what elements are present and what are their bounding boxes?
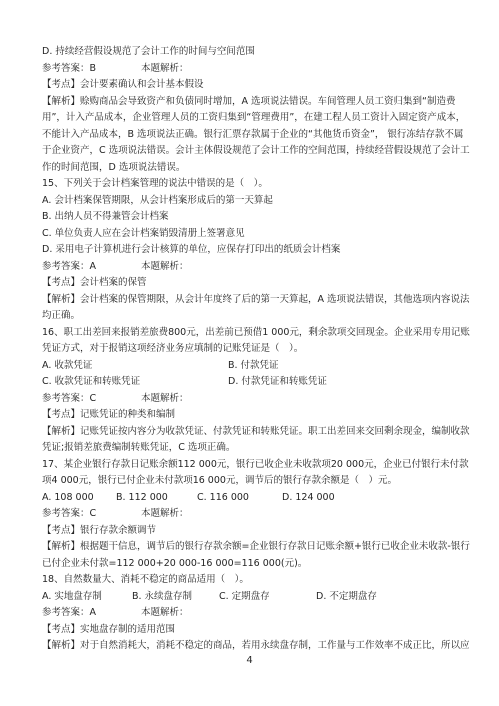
q16-jiexi: 【解析】记账凭证按内容分为收款凭证、付款凭证和转账凭证。职工出差回来交回剩余现金… — [42, 424, 472, 457]
question-18: 18、自然数量大、消耗不稳定的商品适用（ ）。A. 实地盘存制B. 永续盘存制C… — [42, 572, 472, 655]
q15-option-d: D. 采用电子计算机进行会计核算的单位，应保存打印出的纸质会计档案 — [42, 242, 472, 259]
q15-jiexi: 【解析】会计档案的保管期限，从会计年度终了后的第一天算起，A 选项说法错误，其他… — [42, 292, 472, 325]
q15-answer-row: 参考答案：A本题解析： — [42, 259, 472, 276]
option-a: A. 实地盘存制 — [42, 589, 132, 606]
question-15: 15、下列关于会计档案管理的说法中错误的是（ ）。A. 会计档案保管期限，从会计… — [42, 176, 472, 325]
q17-stem: 17、某企业银行存款日记账余额112 000元，银行已收企业未收款项20 000… — [42, 457, 472, 490]
analysis-label: 本题解析： — [141, 391, 189, 408]
q17-options: A. 108 000B. 112 000C. 116 000D. 124 000 — [42, 490, 472, 507]
q14-option-d: D. 持续经营假设规范了会计工作的时间与空间范围 — [42, 44, 472, 61]
q18-kaodian: 【考点】实地盘存制的适用范围 — [42, 622, 472, 639]
option-a: A. 108 000 — [42, 490, 116, 507]
page-number: 4 — [0, 655, 499, 666]
answer-ref: 参考答案：B — [42, 61, 141, 78]
question-14-continuation: D. 持续经营假设规范了会计工作的时间与空间范围参考答案：B本题解析：【考点】会… — [42, 44, 472, 176]
option-c: C. 定期盘存 — [219, 589, 316, 606]
q14-kaodian: 【考点】会计要素确认和会计基本假设 — [42, 77, 472, 94]
q16-stem: 16、职工出差回来报销差旅费800元，出差前已预借1 000元，剩余款项交回现金… — [42, 325, 472, 358]
q16-answer-row: 参考答案：C本题解析： — [42, 391, 472, 408]
q14-jiexi: 【解析】赊购商品会导致资产和负债同时增加，A 选项说法错误。车间管理人员工资归集… — [42, 94, 472, 177]
option-d: D. 124 000 — [282, 490, 335, 507]
option-b: B. 永续盘存制 — [132, 589, 219, 606]
question-17: 17、某企业银行存款日记账余额112 000元，银行已收企业未收款项20 000… — [42, 457, 472, 573]
q15-option-a: A. 会计档案保管期限，从会计档案形成后的第一天算起 — [42, 193, 472, 210]
q16-kaodian: 【考点】记账凭证的种类和编制 — [42, 407, 472, 424]
q15-option-c: C. 单位负责人应在会计档案销毁清册上签署意见 — [42, 226, 472, 243]
option-a: A. 收款凭证 — [42, 358, 228, 375]
answer-ref: 参考答案：C — [42, 391, 141, 408]
analysis-label: 本题解析： — [141, 259, 189, 276]
answer-ref: 参考答案：C — [42, 506, 141, 523]
q15-kaodian: 【考点】会计档案的保管 — [42, 275, 472, 292]
q17-kaodian: 【考点】银行存款余额调节 — [42, 523, 472, 540]
q18-options: A. 实地盘存制B. 永续盘存制C. 定期盘存D. 不定期盘存 — [42, 589, 472, 606]
answer-ref: 参考答案：A — [42, 259, 141, 276]
analysis-label: 本题解析： — [141, 506, 189, 523]
q18-jiexi: 【解析】对于自然消耗大，消耗不稳定的商品，若用永续盘存制，工作量与工作效率不成正… — [42, 638, 472, 655]
q18-answer-row: 参考答案：A本题解析： — [42, 605, 472, 622]
analysis-label: 本题解析： — [141, 605, 189, 622]
option-d: D. 付款凭证和转账凭证 — [228, 374, 327, 391]
q18-stem: 18、自然数量大、消耗不稳定的商品适用（ ）。 — [42, 572, 472, 589]
q14-answer-row: 参考答案：B本题解析： — [42, 61, 472, 78]
q17-jiexi: 【解析】根据题干信息，调节后的银行存款余额=企业银行存款日记账余额+银行已收企业… — [42, 539, 472, 572]
option-c: C. 收款凭证和转账凭证 — [42, 374, 228, 391]
exam-page: D. 持续经营假设规范了会计工作的时间与空间范围参考答案：B本题解析：【考点】会… — [0, 0, 499, 706]
document-content: D. 持续经营假设规范了会计工作的时间与空间范围参考答案：B本题解析：【考点】会… — [42, 44, 472, 655]
q15-option-b: B. 出纳人员不得兼管会计档案 — [42, 209, 472, 226]
analysis-label: 本题解析： — [141, 61, 189, 78]
option-b: B. 112 000 — [116, 490, 197, 507]
q16-options-ab: A. 收款凭证B. 付款凭证 — [42, 358, 472, 375]
answer-ref: 参考答案：A — [42, 605, 141, 622]
option-b: B. 付款凭证 — [228, 358, 279, 375]
q15-stem: 15、下列关于会计档案管理的说法中错误的是（ ）。 — [42, 176, 472, 193]
option-d: D. 不定期盘存 — [316, 589, 377, 606]
q17-answer-row: 参考答案：C本题解析： — [42, 506, 472, 523]
q16-options-cd: C. 收款凭证和转账凭证D. 付款凭证和转账凭证 — [42, 374, 472, 391]
option-c: C. 116 000 — [197, 490, 282, 507]
question-16: 16、职工出差回来报销差旅费800元，出差前已预借1 000元，剩余款项交回现金… — [42, 325, 472, 457]
